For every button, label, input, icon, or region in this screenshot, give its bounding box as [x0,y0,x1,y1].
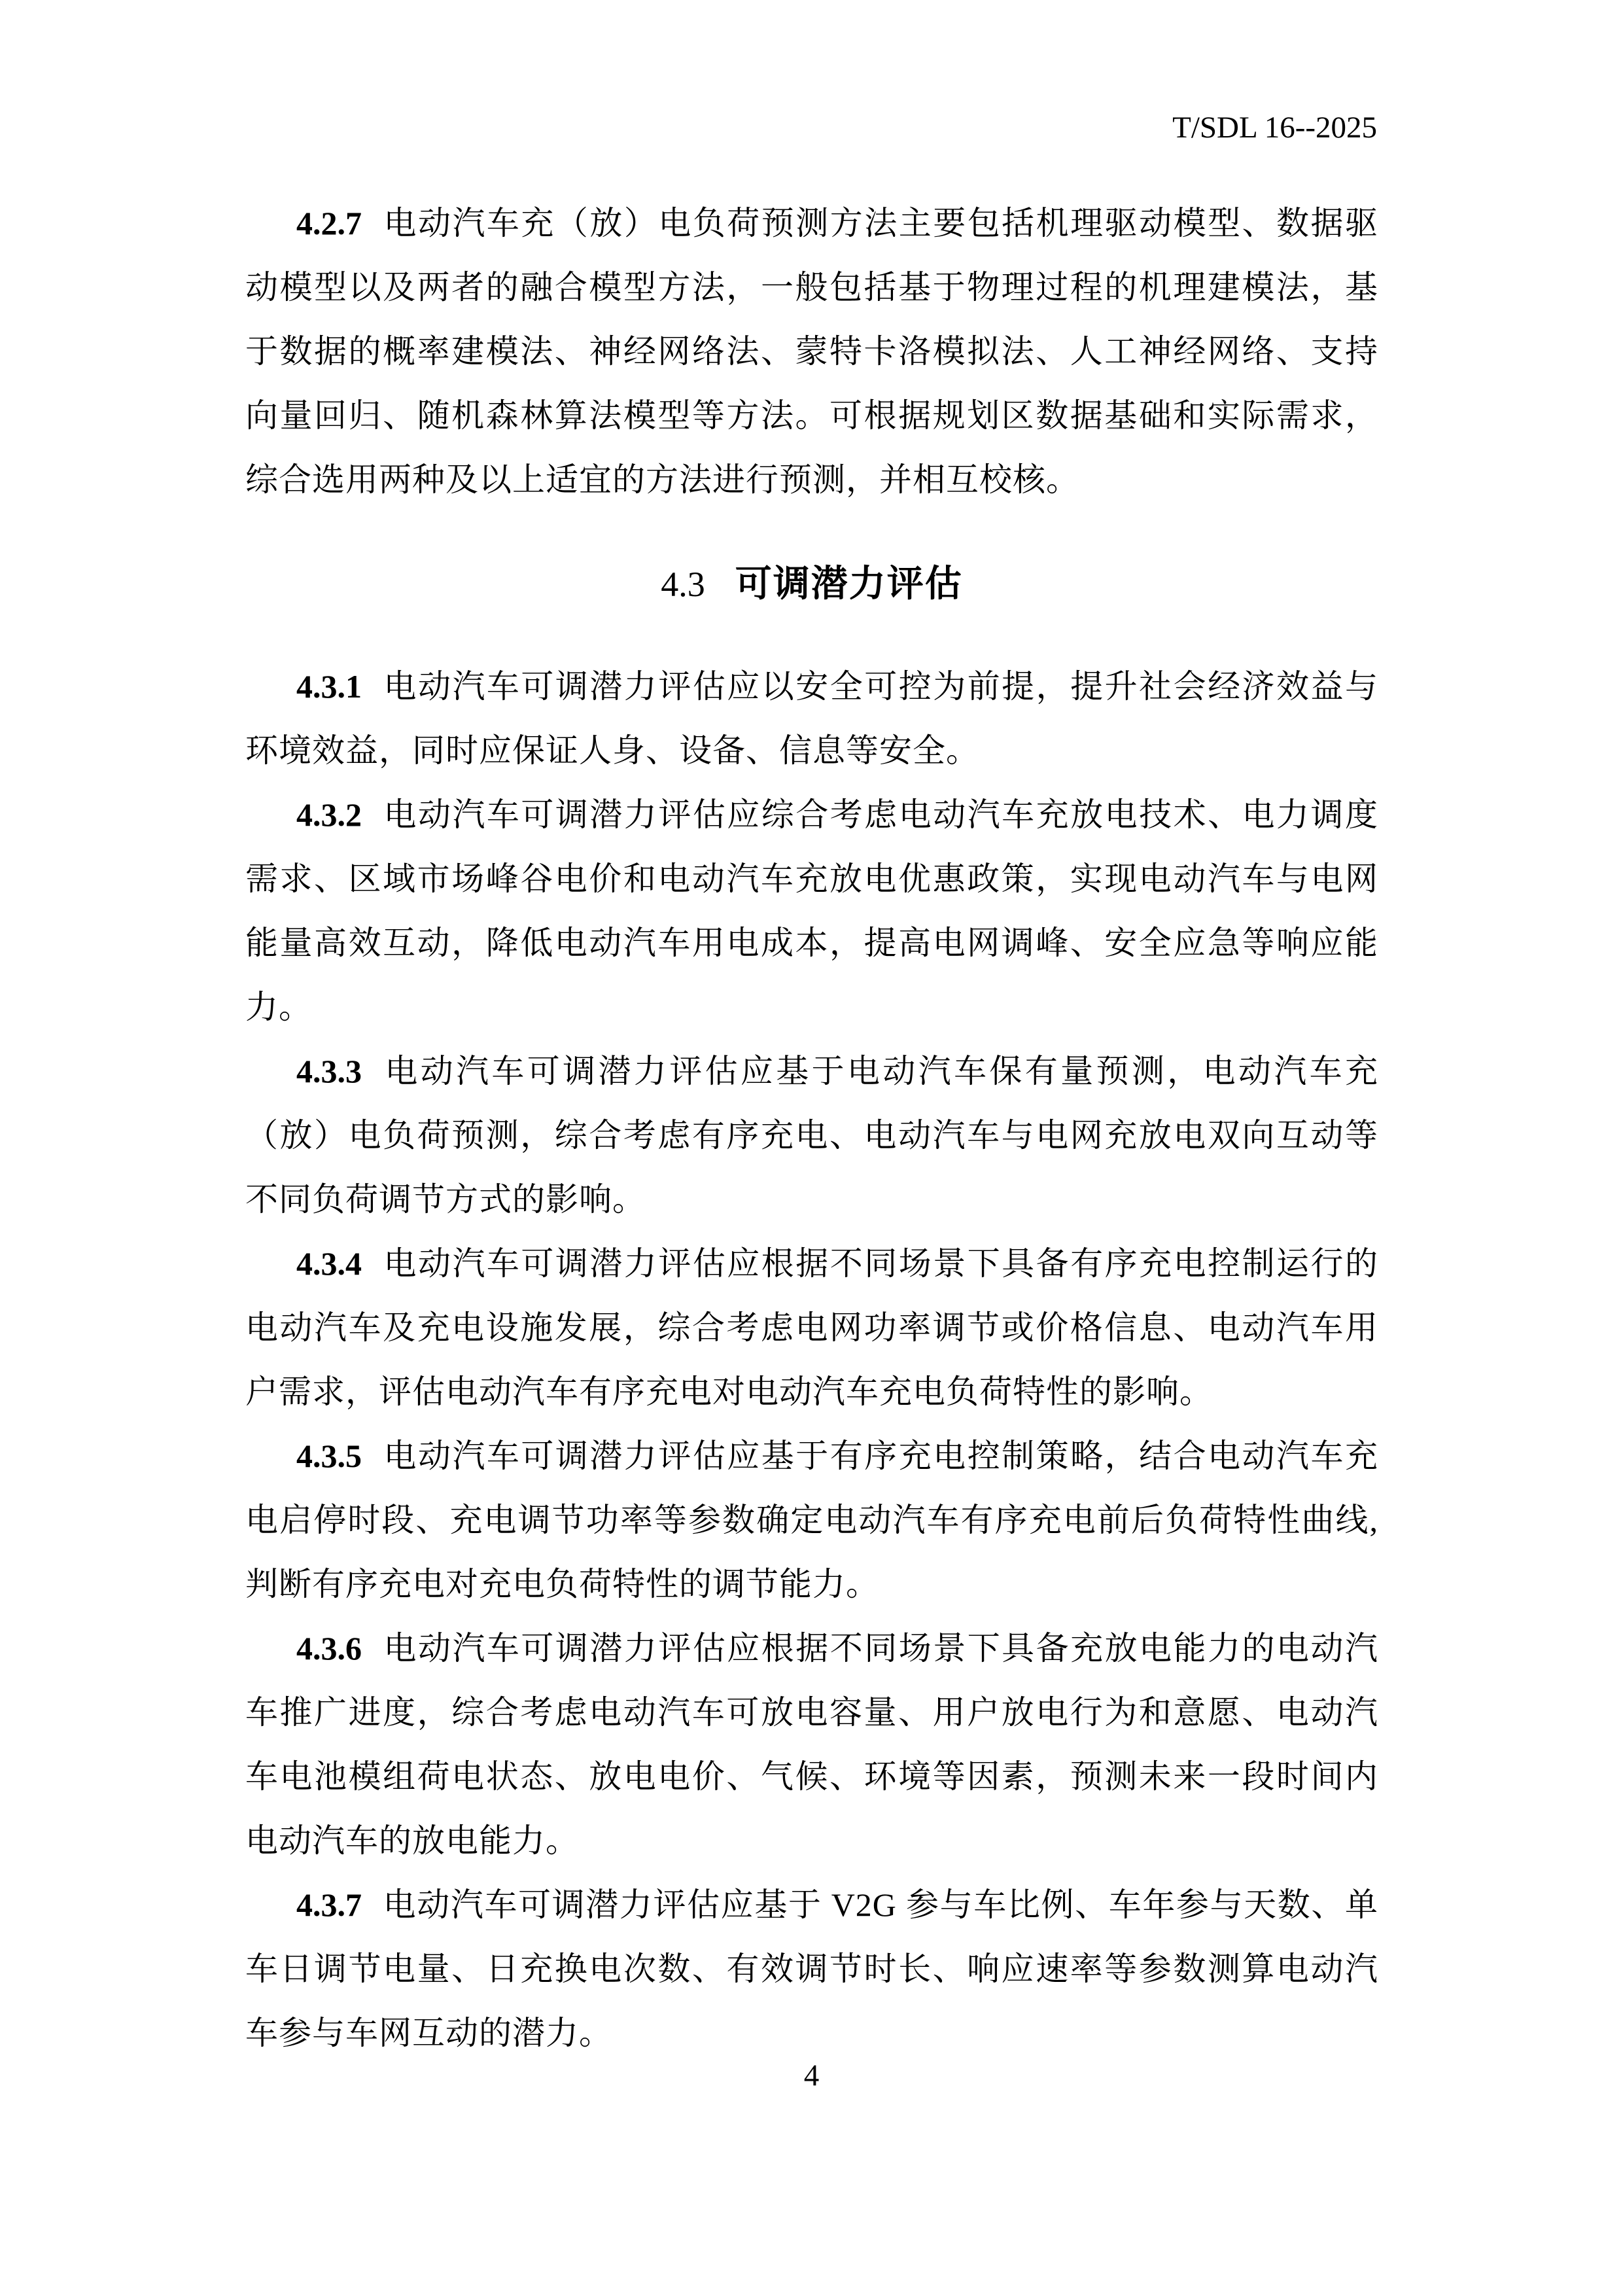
paragraph-number: 4.3.1 [296,668,383,705]
paragraph-4-3-7: 4.3.7电动汽车可调潜力评估应基于 V2G 参与车比例、车年参与天数、单车日调… [245,1873,1378,2065]
paragraph-text: 电动汽车可调潜力评估应基于有序充电控制策略，结合电动汽车充电启停时段、充电调节功… [245,1438,1378,1602]
paragraph-text: 电动汽车可调潜力评估应综合考虑电动汽车充放电技术、电力调度需求、区域市场峰谷电价… [245,796,1378,1025]
paragraph-number: 4.3.6 [296,1630,383,1667]
paragraph-text: 电动汽车可调潜力评估应基于电动汽车保有量预测，电动汽车充（放）电负荷预测，综合考… [245,1053,1378,1218]
paragraph-text: 电动汽车可调潜力评估应根据不同场景下具备充放电能力的电动汽车推广进度，综合考虑电… [245,1630,1378,1859]
paragraph-4-2-7: 4.2.7电动汽车充（放）电负荷预测方法主要包括机理驱动模型、数据驱动模型以及两… [245,191,1378,512]
section-heading-4-3: 4.3可调潜力评估 [245,551,1378,616]
paragraph-number: 4.3.5 [296,1438,383,1474]
paragraph-text: 电动汽车可调潜力评估应根据不同场景下具备有序充电控制运行的电动汽车及充电设施发展… [245,1245,1378,1410]
paragraph-4-3-1: 4.3.1电动汽车可调潜力评估应以安全可控为前提，提升社会经济效益与环境效益，同… [245,654,1378,783]
paragraph-text: 电动汽车充（放）电负荷预测方法主要包括机理驱动模型、数据驱动模型以及两者的融合模… [245,205,1378,498]
section-heading-title: 可调潜力评估 [735,563,963,604]
doc-code-header: T/SDL 16--2025 [1172,110,1377,145]
page-content: 4.2.7电动汽车充（放）电负荷预测方法主要包括机理驱动模型、数据驱动模型以及两… [245,191,1378,2065]
paragraph-4-3-6: 4.3.6电动汽车可调潜力评估应根据不同场景下具备充放电能力的电动汽车推广进度，… [245,1616,1378,1873]
paragraph-4-3-4: 4.3.4电动汽车可调潜力评估应根据不同场景下具备有序充电控制运行的电动汽车及充… [245,1231,1378,1424]
paragraph-number: 4.2.7 [296,205,383,241]
paragraph-number: 4.3.7 [296,1886,383,1923]
document-page: T/SDL 16--2025 4.2.7电动汽车充（放）电负荷预测方法主要包括机… [0,0,1623,2296]
paragraph-text: 电动汽车可调潜力评估应基于 V2G 参与车比例、车年参与天数、单车日调节电量、日… [245,1886,1378,2051]
page-number: 4 [0,2058,1623,2093]
paragraph-number: 4.3.2 [296,796,383,833]
paragraph-4-3-2: 4.3.2电动汽车可调潜力评估应综合考虑电动汽车充放电技术、电力调度需求、区域市… [245,783,1378,1039]
paragraph-number: 4.3.4 [296,1245,383,1282]
paragraph-text: 电动汽车可调潜力评估应以安全可控为前提，提升社会经济效益与环境效益，同时应保证人… [245,668,1378,769]
paragraph-4-3-5: 4.3.5电动汽车可调潜力评估应基于有序充电控制策略，结合电动汽车充电启停时段、… [245,1424,1378,1616]
paragraph-4-3-3: 4.3.3电动汽车可调潜力评估应基于电动汽车保有量预测，电动汽车充（放）电负荷预… [245,1039,1378,1231]
paragraph-number: 4.3.3 [296,1053,383,1089]
section-heading-number: 4.3 [661,565,705,604]
